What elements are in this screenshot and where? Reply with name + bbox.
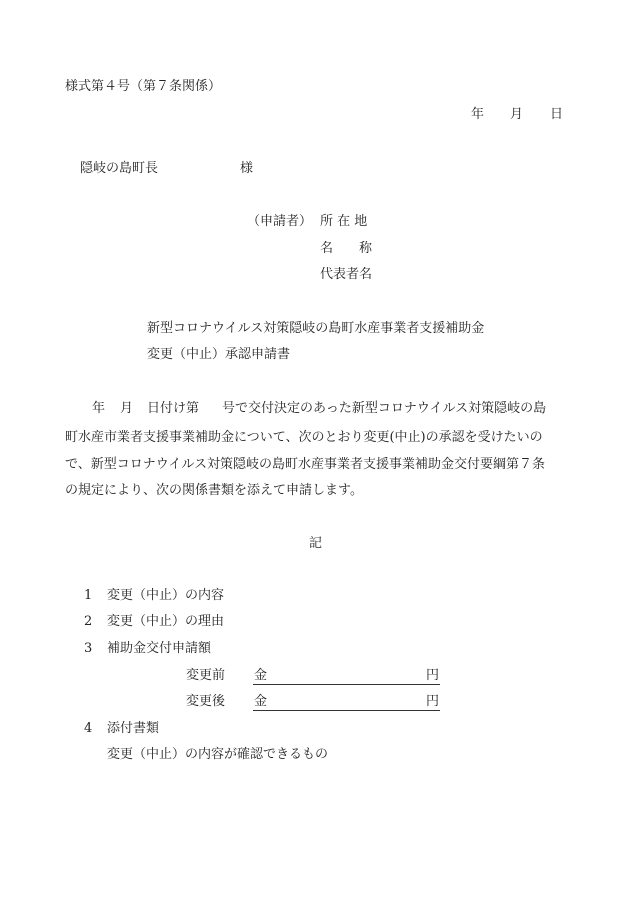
ki-heading: 記 xyxy=(309,537,322,550)
amount-suffix: 円 xyxy=(426,695,439,708)
date-month-label: 月 xyxy=(510,108,523,121)
date-day-label: 日 xyxy=(550,108,563,121)
amount-label: 変更後 xyxy=(186,695,225,708)
amount-prefix: 金 xyxy=(254,695,267,708)
body-number-suffix: 号で交付決定のあった新型コロナウイルス対策隠岐の島 xyxy=(222,402,546,415)
body-line-2: 町水産市業者支援事業補助金について、次のとおり変更(中止)の承認を受けたいの xyxy=(65,431,543,444)
item-label: 変更（中止）の理由 xyxy=(107,615,224,628)
amount-label: 変更前 xyxy=(186,669,225,682)
form-number: 様式第４号（第７条関係） xyxy=(65,80,221,93)
item-number: 3 xyxy=(84,642,92,655)
item-label: 補助金交付申請額 xyxy=(107,642,211,655)
representative-label: 代表者名 xyxy=(320,268,372,281)
amount-prefix: 金 xyxy=(254,669,267,682)
amount-underline[interactable] xyxy=(253,684,440,685)
date-year-label: 年 xyxy=(471,108,484,121)
body-year: 年 xyxy=(92,402,105,415)
item-label: 変更（中止）の内容 xyxy=(107,589,224,602)
attachment-text: 変更（中止）の内容が確認できるもの xyxy=(107,748,328,761)
amount-suffix: 円 xyxy=(426,669,439,682)
applicant-label: （申請者） xyxy=(247,215,312,228)
addressee-honorific: 様 xyxy=(240,162,253,175)
item-number: 1 xyxy=(84,589,92,602)
body-line-4: の規定により、次の関係書類を添えて申請します。 xyxy=(65,484,363,497)
item-label: 添付書類 xyxy=(107,722,159,735)
item-number: 4 xyxy=(84,722,92,735)
name-label: 名 称 xyxy=(320,242,372,255)
amount-underline[interactable] xyxy=(253,710,440,711)
body-month: 月 xyxy=(120,402,133,415)
addressee-name: 隠岐の島町長 xyxy=(80,162,158,175)
body-line-3: で、新型コロナウイルス対策隠岐の島町水産事業者支援事業補助金交付要綱第７条 xyxy=(65,458,545,471)
body-day-suffix: 日付け第 xyxy=(147,402,199,415)
title-line-2: 変更（中止）承認申請書 xyxy=(147,348,290,361)
item-number: 2 xyxy=(84,615,92,628)
title-line-1: 新型コロナウイルス対策隠岐の島町水産事業者支援補助金 xyxy=(147,322,484,335)
address-label: 所 在 地 xyxy=(320,215,367,228)
